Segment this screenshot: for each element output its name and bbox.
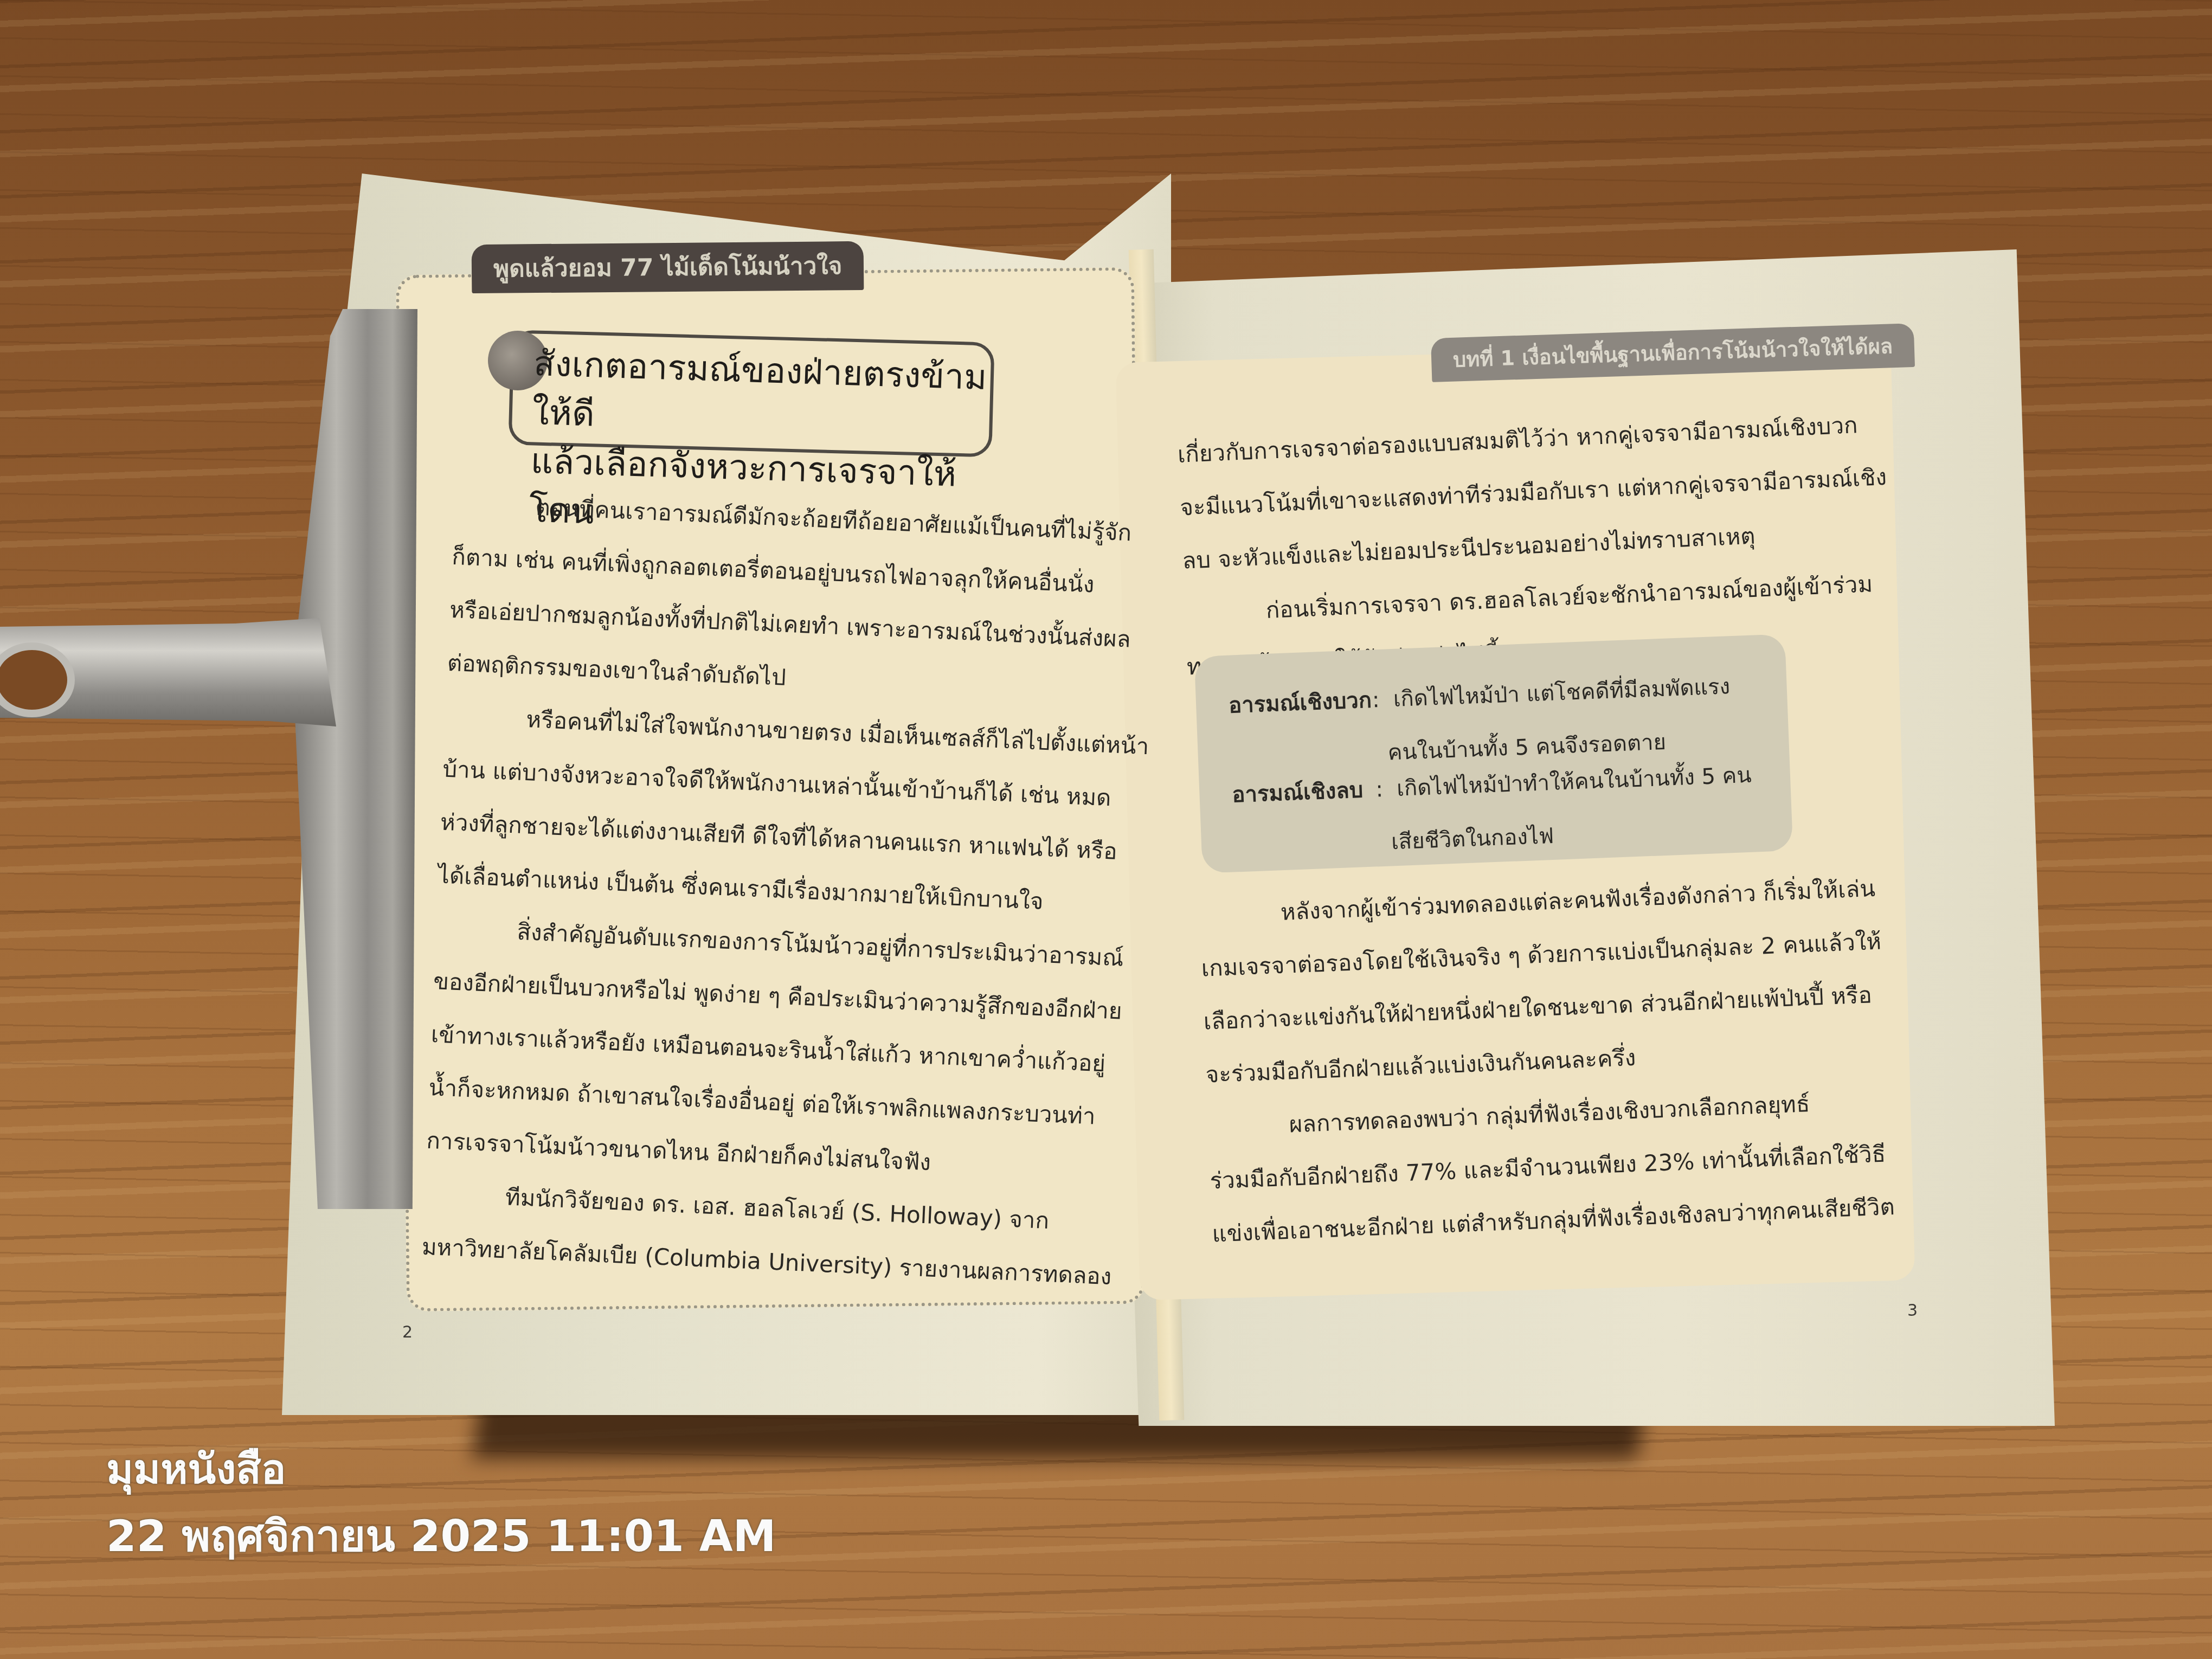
positive-emotion-example: อารมณ์เชิงบวก: เกิดไฟไหม้ป่า แต่โชคดีที่… — [1228, 668, 1733, 775]
example-label: อารมณ์เชิงบวก — [1228, 683, 1373, 723]
example-label: อารมณ์เชิงลบ — [1231, 771, 1376, 812]
left-body-text: ตอนที่คนเราอารมณ์ดีมักจะถ้อยทีถ้อยอาศัยแ… — [421, 477, 1160, 1304]
separator: : — [1375, 777, 1384, 802]
page-number-left: 2 — [402, 1323, 413, 1342]
section-title-line: สังเกตอารมณ์ของฝ่ายตรงข้ามให้ดี — [531, 339, 1022, 452]
example-text: เกิดไฟไหม้ป่าทำให้คนในบ้านทั้ง 5 คน — [1396, 763, 1752, 801]
page-number-right: 3 — [1907, 1301, 1918, 1320]
watermark-timestamp: 22 พฤศจิกายน 2025 11:01 AM — [106, 1502, 776, 1571]
news-example-box: อารมณ์เชิงบวก: เกิดไฟไหม้ป่า แต่โชคดีที่… — [1194, 634, 1793, 873]
left-running-header: พูดแล้วยอม 77 ไม้เด็ดโน้มน้าวใจ — [472, 241, 864, 293]
right-body-text-bottom: หลังจากผู้เข้าร่วมทดลองแต่ละคนฟังเรื่องด… — [1198, 861, 1896, 1261]
separator: : — [1372, 687, 1380, 712]
example-text: เกิดไฟไหม้ป่า แต่โชคดีที่มีลมพัดแรง — [1393, 674, 1731, 712]
negative-emotion-example: อารมณ์เชิงลบ: เกิดไฟไหม้ป่าทำให้คนในบ้าน… — [1231, 757, 1754, 865]
binder-clip-plate — [293, 309, 417, 1209]
watermark-title: มุมหนังสือ — [106, 1437, 286, 1502]
